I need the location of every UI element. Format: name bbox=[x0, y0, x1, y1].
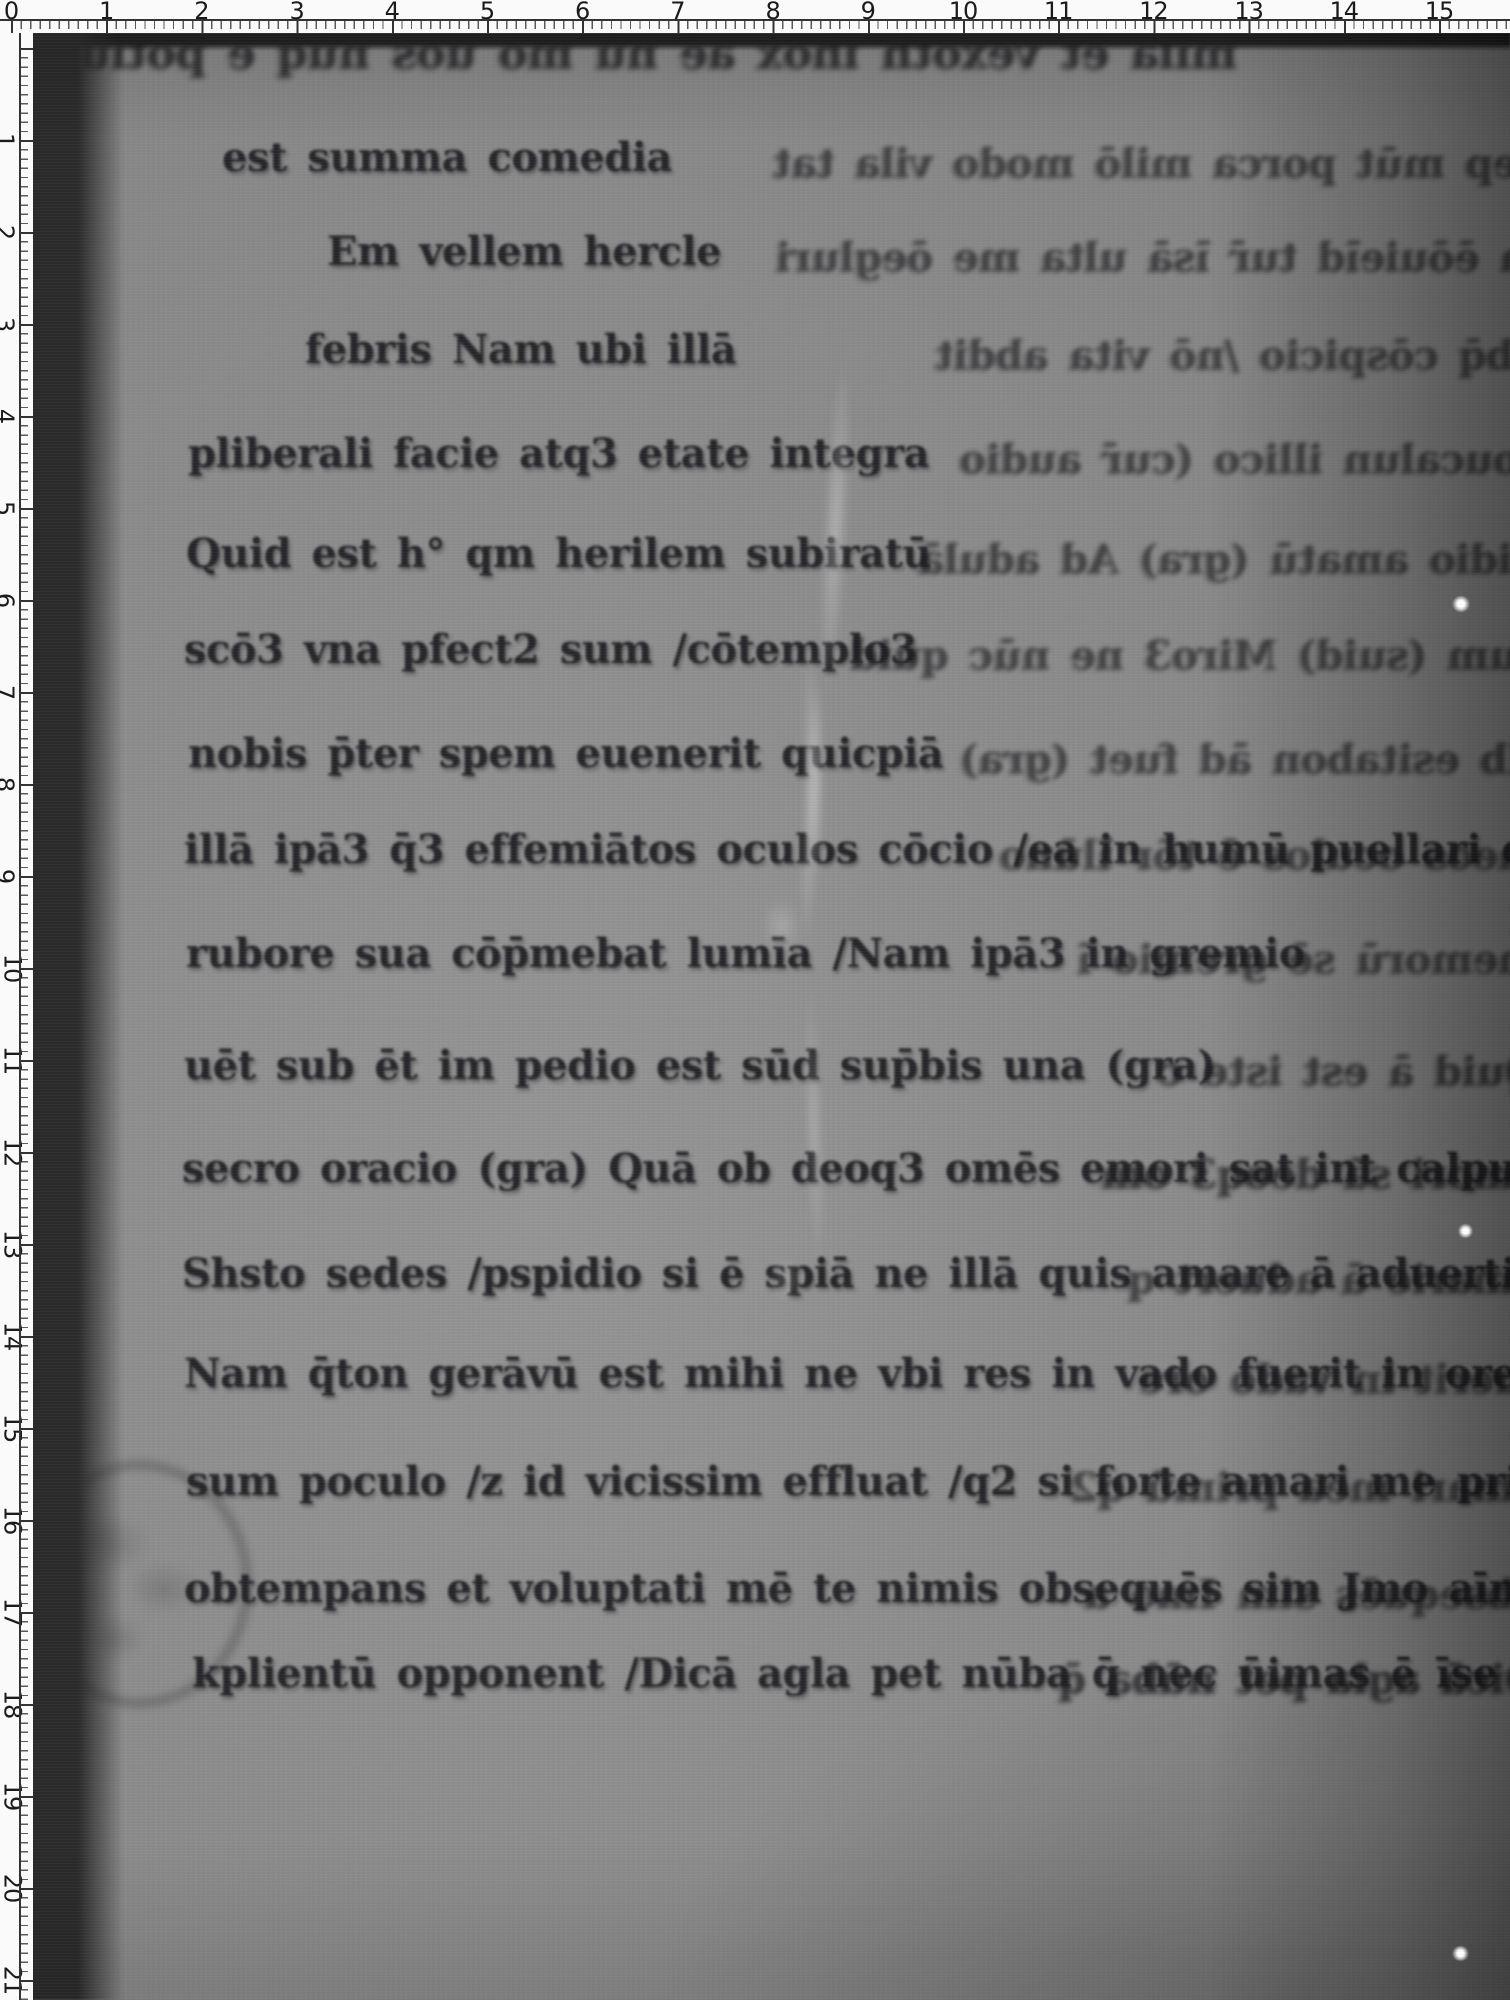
text-line: kplientū opponent /Dicā agla pet nūba q̄… bbox=[0, 1650, 1510, 1712]
white-speck bbox=[1452, 596, 1470, 612]
bleed-through-text: meos oculos ē tōr īlūno bbox=[695, 832, 1510, 879]
text-line: rubore sua cōp̄mebat lumīa /Nam ipā3 in … bbox=[0, 930, 1510, 992]
ruler-number: 5 bbox=[0, 501, 19, 515]
bleed-through-text: roucalun illico (cur̄ audio bbox=[695, 436, 1510, 483]
ruler-number: 9 bbox=[0, 869, 19, 883]
text-line: nobis p̄ter spem euenerit quicpiā/Ib esi… bbox=[0, 730, 1510, 792]
ruler-number: 10 bbox=[949, 0, 978, 25]
bleed-through-text: fuerit in vado ore bbox=[695, 1356, 1510, 1403]
white-speck bbox=[1458, 1224, 1473, 1238]
ruler-number: 19 bbox=[0, 1782, 26, 1811]
printed-text: Em vellem hercle bbox=[327, 228, 721, 275]
text-line: scō3 vna pfect2 sum /cōtemplo3sum (suid)… bbox=[0, 626, 1510, 688]
ruler-number: 4 bbox=[385, 0, 399, 25]
cm-ruler-top: 012345678910111213141516 bbox=[0, 0, 1510, 33]
scanned-page-viewport: mīla ēt vexoth ihox aē nū mō uos nūq̄ ē … bbox=[0, 0, 1510, 2000]
bleed-through-text: obq̄ cōspicio /nō vita abdit bbox=[695, 332, 1510, 379]
text-line: bEm vellem hercleia ēōuieīd tur̄ īsā ult… bbox=[0, 228, 1510, 290]
bleed-through-text: obsequēs sim Imo a bbox=[695, 1571, 1510, 1618]
ruler-number: 9 bbox=[861, 0, 875, 25]
text-line: illā ipā3 q̄3 effemiātos oculos cōcio /e… bbox=[0, 826, 1510, 888]
text-line: Nam q̄ton gerāvū est mihi ne vbi res in … bbox=[0, 1350, 1510, 1412]
ruler-number: 11 bbox=[1044, 0, 1073, 25]
ruler-number: 12 bbox=[0, 1138, 26, 1167]
ruler-number: 6 bbox=[0, 593, 19, 607]
ruler-number: 15 bbox=[0, 1414, 26, 1443]
ruler-number: 1 bbox=[0, 133, 19, 147]
bleed-through-text: ia ēōuieīd tur̄ īsā ulta me ōegluri bbox=[695, 234, 1510, 281]
cm-ruler-left: 123456789101112131415161718192021 bbox=[0, 33, 33, 2000]
ruler-number: 1 bbox=[99, 0, 113, 25]
bleed-through-text: emori sā deoq3 om bbox=[393, 1151, 1510, 1198]
ruler-ticks-top bbox=[11, 20, 1510, 33]
ruler-number: 7 bbox=[670, 0, 684, 25]
bleed-through-text: Quid ā est iste c bbox=[453, 1048, 1510, 1095]
text-line: pliberali facie atq3 etate integraroucal… bbox=[0, 430, 1510, 492]
scan-edge-shadow-left bbox=[28, 33, 124, 2000]
text-line: Shsto sedes /pspidio si ē spiā ne illā q… bbox=[0, 1250, 1510, 1312]
text-line: Quid est h° qm herilem subiratūpidio ama… bbox=[0, 530, 1510, 592]
ruler-number: 2 bbox=[0, 225, 19, 239]
text-line: est summa comediasep mūt porca milō modo… bbox=[0, 134, 1510, 196]
ruler-number: 8 bbox=[765, 0, 779, 25]
ruler-number: 14 bbox=[1330, 0, 1359, 25]
printed-text: febris Nam ubi illā bbox=[305, 326, 736, 373]
ruler-number: 13 bbox=[1234, 0, 1263, 25]
bleed-through-text: amarie ā aduert q bbox=[695, 1256, 1510, 1303]
ruler-number: 15 bbox=[1425, 0, 1454, 25]
bleed-through-text: amari mea primū q2 bbox=[695, 1464, 1510, 1511]
ruler-number: 13 bbox=[0, 1230, 26, 1259]
text-block: mīla ēt vexoth ihox aē nū mō uos nūq̄ ē … bbox=[0, 0, 1510, 2000]
ruler-number: 4 bbox=[0, 409, 19, 423]
page-scan: mīla ēt vexoth ihox aē nū mō uos nūq̄ ē … bbox=[0, 0, 1510, 2000]
bleed-through-text: sep mūt porca milō modo vila tat bbox=[695, 140, 1510, 187]
printed-text: est summa comedia bbox=[222, 134, 672, 181]
ruler-number: 11 bbox=[0, 1046, 26, 1075]
text-line: sum poculo /z id vicissim effluat /q2 si… bbox=[0, 1458, 1510, 1520]
bleed-through-text: memorū sē gremio ī bbox=[695, 936, 1510, 983]
ruler-number: 0 bbox=[4, 0, 18, 25]
ruler-number: 3 bbox=[289, 0, 303, 25]
bleed-through-text: pidio amatū (gra) Ad adulā bbox=[695, 536, 1510, 583]
ruler-number: 12 bbox=[1139, 0, 1168, 25]
text-line: febris Nam ubi illāobq̄ cōspicio /nō vit… bbox=[0, 326, 1510, 388]
bleed-through-text: sum (suid) Miro3 ne nūc quid bbox=[695, 632, 1510, 679]
text-line: secro oracio (gra) Quā ob deoq3 omēs emo… bbox=[0, 1145, 1510, 1207]
white-speck bbox=[1452, 1946, 1469, 1961]
ruler-number: 17 bbox=[0, 1598, 26, 1627]
bleed-through-text: Dicā agla pet nūba q̄ bbox=[332, 1656, 1510, 1703]
ruler-number: 3 bbox=[0, 317, 19, 331]
text-line: uēt sub ēt im pedio est sūd sup̄bis una … bbox=[0, 1042, 1510, 1104]
ruler-number: 21 bbox=[0, 1966, 26, 1995]
ruler-number: 20 bbox=[0, 1874, 26, 1903]
text-line: obtempans et voluptati mē te nimis obseq… bbox=[0, 1565, 1510, 1627]
scan-edge-shadow-top bbox=[28, 33, 1510, 51]
bleed-through-text: /Ib esitabon ād fuet (gra) bbox=[695, 736, 1510, 783]
ruler-number: 5 bbox=[480, 0, 494, 25]
ruler-number: 8 bbox=[0, 777, 19, 791]
ruler-number: 6 bbox=[575, 0, 589, 25]
ruler-number: 16 bbox=[0, 1506, 26, 1535]
ruler-number: 18 bbox=[0, 1690, 26, 1719]
ruler-number: 10 bbox=[0, 954, 26, 983]
ruler-number: 7 bbox=[0, 685, 19, 699]
ruler-number: 2 bbox=[194, 0, 208, 25]
ruler-number: 14 bbox=[0, 1322, 26, 1351]
